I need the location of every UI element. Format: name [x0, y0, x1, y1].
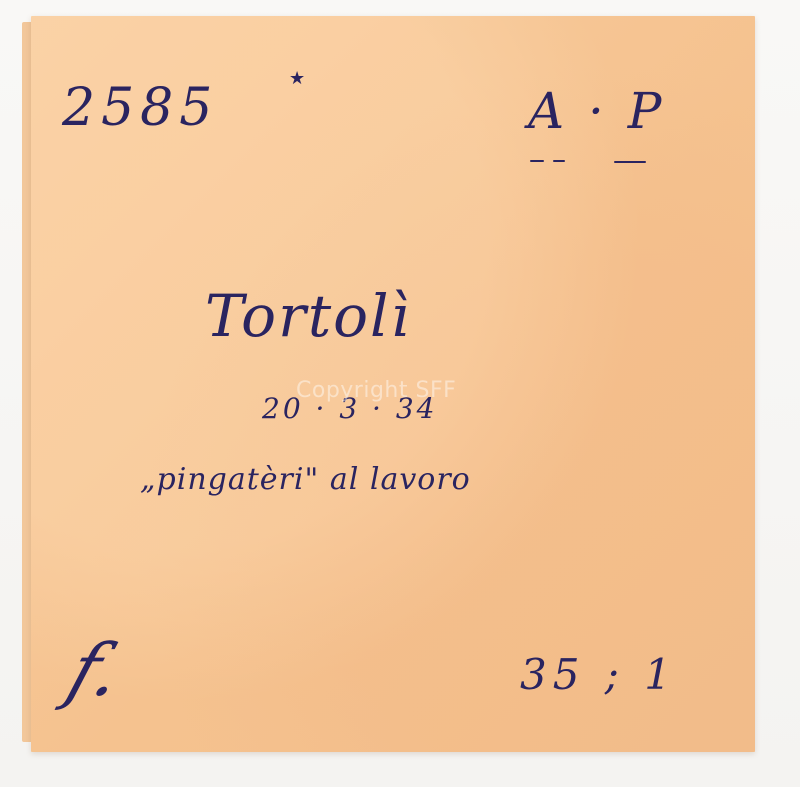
place-name: Tortolì [205, 282, 411, 350]
catalog-number: 2585 [62, 78, 218, 138]
initials-underline [530, 160, 544, 162]
reference-number: 35 ; 1 [520, 650, 677, 699]
caption: „pingatèri" al lavoro [140, 462, 471, 497]
initials: A · P [528, 82, 665, 140]
initials-underline [553, 160, 565, 162]
star-mark-icon: ★ [289, 68, 305, 89]
copyright-watermark: Copyright SFF [296, 378, 456, 403]
initials-underline [614, 161, 646, 163]
